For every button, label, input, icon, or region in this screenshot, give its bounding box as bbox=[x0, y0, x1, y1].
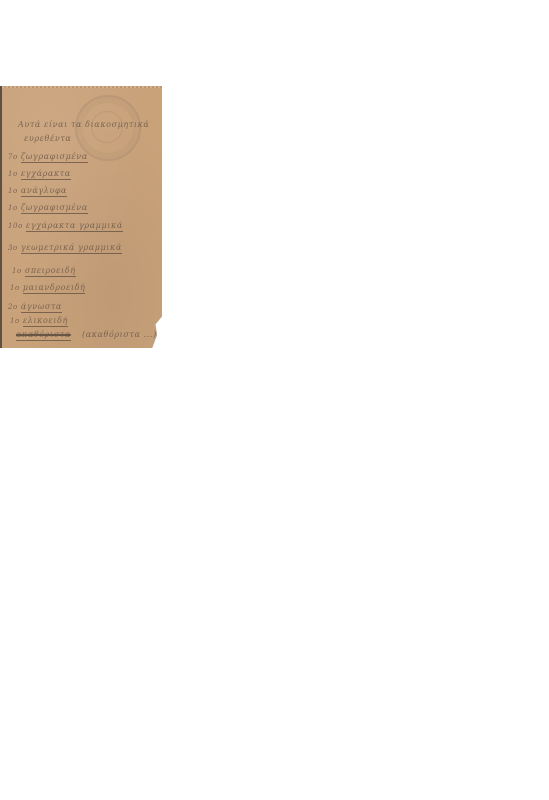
list-item: 1οελικοειδή bbox=[10, 316, 68, 327]
list-item: 1οζωγραφισμένα bbox=[8, 203, 88, 214]
item-text: εγχάρακτα bbox=[21, 169, 71, 180]
list-item: 3ογεωμετρικά γραμμικά bbox=[8, 243, 122, 254]
item-number: 10ο bbox=[8, 222, 23, 230]
scan-edge-shadow bbox=[0, 86, 2, 348]
item-text: ελικοειδή bbox=[23, 316, 68, 327]
item-number: 1ο bbox=[8, 187, 18, 195]
item-text: ακαθόριστα bbox=[16, 330, 71, 341]
item-text: ζωγραφισμένα bbox=[21, 203, 88, 214]
item-number: 1ο bbox=[8, 170, 18, 178]
list-item: 1ομαιανδροειδή bbox=[10, 283, 85, 294]
item-number: 1ο bbox=[12, 267, 22, 275]
list-item: 7οζωγραφισμένα bbox=[8, 152, 88, 163]
item-text: μαιανδροειδή bbox=[23, 283, 86, 294]
heading-text: Αυτά είναι τα διακοσμητικά bbox=[18, 120, 149, 130]
item-text: σπειροειδή bbox=[25, 266, 76, 277]
item-number: 1ο bbox=[8, 204, 18, 212]
item-number: 7ο bbox=[8, 153, 18, 161]
item-number: 3ο bbox=[8, 244, 18, 252]
item-number: 1ο bbox=[10, 284, 20, 292]
list-item: 1οεγχάρακτα bbox=[8, 169, 71, 180]
item-note: (ακαθόριστα ...) bbox=[82, 330, 157, 339]
list-item: 2οάγνωστα bbox=[8, 302, 62, 313]
item-text: εγχάρακτα γραμμικά bbox=[26, 221, 123, 232]
list-item: 10οεγχάρακτα γραμμικά bbox=[8, 221, 123, 232]
heading-line-1: Αυτά είναι τα διακοσμητικά bbox=[18, 120, 149, 130]
heading-line-2: ευρεθέντα bbox=[24, 134, 71, 144]
item-text: γεωμετρικά γραμμικά bbox=[21, 243, 122, 254]
heading-text: ευρεθέντα bbox=[24, 134, 71, 144]
list-item: 1οσπειροειδή bbox=[12, 266, 76, 277]
item-text: ανάγλυφα bbox=[21, 186, 67, 197]
item-text: άγνωστα bbox=[21, 302, 62, 313]
item-number: 1ο bbox=[10, 317, 20, 325]
struck-list-item: ακαθόριστα (ακαθόριστα ...) bbox=[16, 330, 157, 341]
list-item: 1οανάγλυφα bbox=[8, 186, 67, 197]
item-number: 2ο bbox=[8, 303, 18, 311]
item-text: ζωγραφισμένα bbox=[21, 152, 88, 163]
